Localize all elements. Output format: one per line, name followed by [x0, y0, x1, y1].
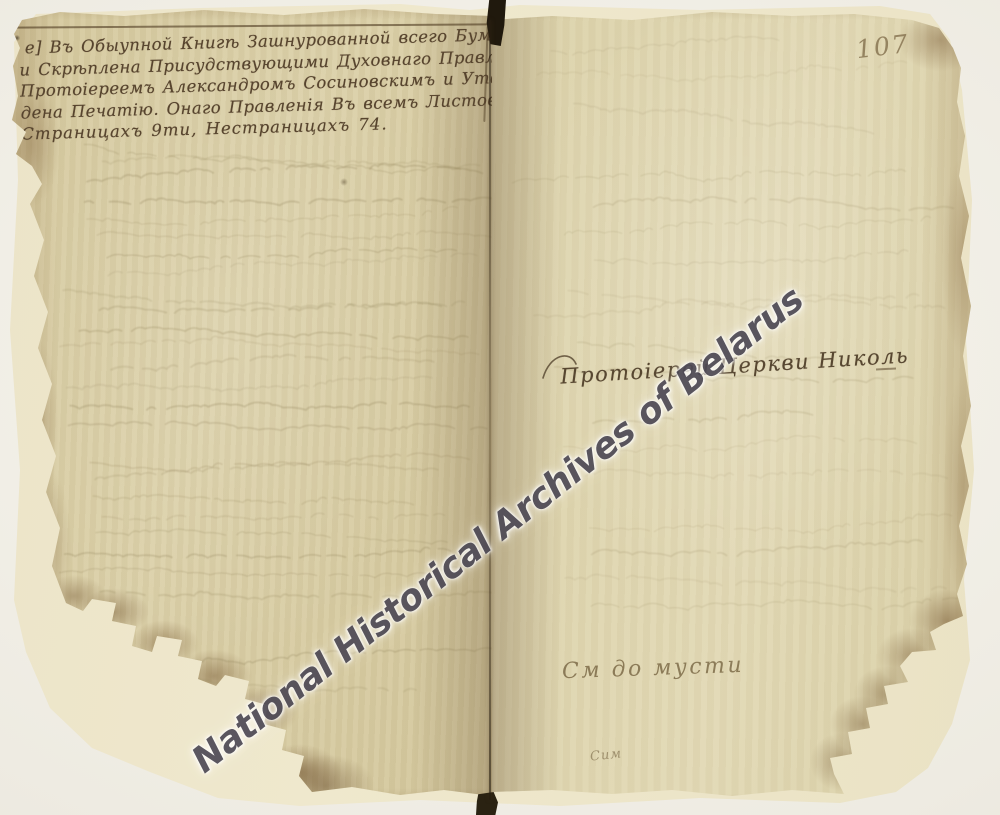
archival-document-scan: е] Въ Обыупной Книгѣ Зашнурованной всего… [0, 0, 1000, 815]
binding-strip-bottom [476, 792, 498, 815]
archival-inscription: е] Въ Обыупной Книгѣ Зашнурованной всего… [19, 24, 494, 145]
book-gutter-fold [489, 20, 491, 800]
